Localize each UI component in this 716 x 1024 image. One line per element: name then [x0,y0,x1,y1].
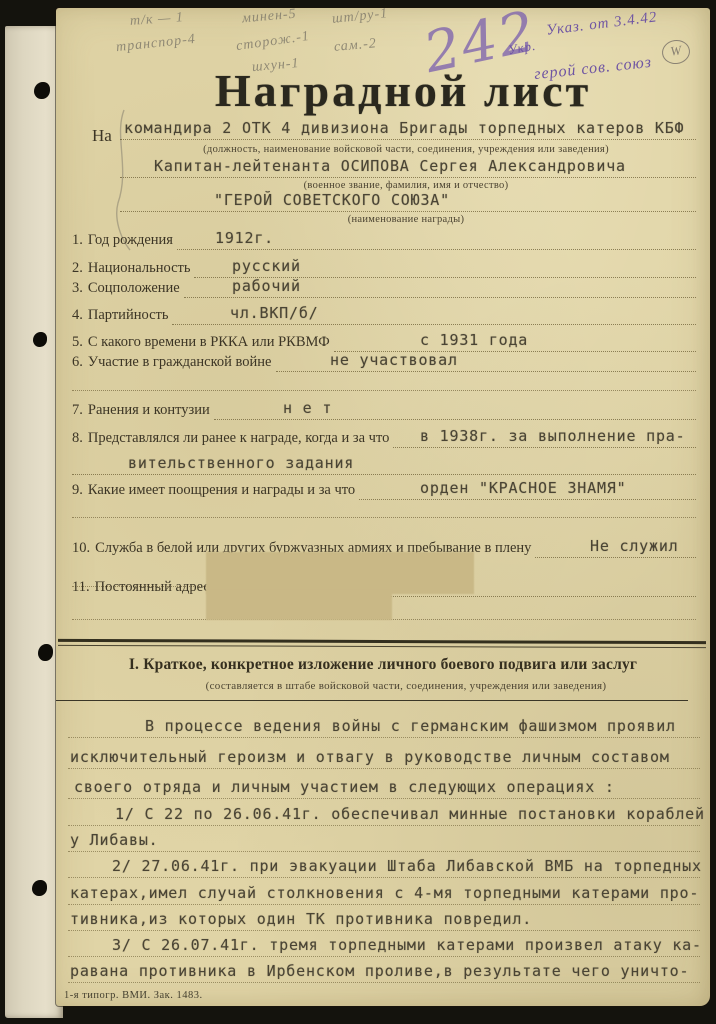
body-line: катерах,имел случай столкновения с 4-мя … [68,878,700,905]
scanned-award-sheet: т/к — 1 транспор-4 минен-5 сторож.-1 шху… [0,0,716,1024]
heading-underline-rule [56,700,688,701]
field-label: Год рождения [88,232,177,250]
body-text: В процессе ведения войны с германским фа… [145,717,676,735]
field-value: рабочий [232,277,301,295]
field-label: Участие в гражданской войне [88,354,276,372]
pencil-note: шт/ру-1 [331,6,389,28]
field-row-prior-award-cont: вительственного задания [72,449,696,475]
field-row-party-membership: 4. Партийность чл.ВКП/б/ [72,299,696,325]
body-line: своего отряда и личным участием в следую… [68,772,700,799]
body-text: своего отряда и личным участием в следую… [74,778,615,796]
field-number: 10. [72,540,95,558]
award-value: "ГЕРОЙ СОВЕТСКОГО СОЮЗА" [214,191,450,209]
field-label: Ранения и контузии [88,402,214,420]
field-number: 6. [72,354,88,372]
field-row-civil-war: 6. Участие в гражданской войне не участв… [72,346,696,372]
backing-page-edge [5,26,63,1018]
document-title: Наградной лист [146,64,660,117]
body-text: тивника,из которых один ТК противника по… [70,910,532,928]
punch-hole [34,82,50,99]
field-row-awards-held: 9. Какие имеет поощрения и награды и за … [72,474,696,500]
award-sheet-document: т/к — 1 транспор-4 минен-5 сторож.-1 шху… [56,8,710,1006]
section-divider-rule [58,639,706,648]
field-value-continued: вительственного задания [128,454,354,472]
field-row-prior-award: 8. Представлялся ли ранее к награде, ког… [72,422,696,448]
field-value: Не служил [590,537,678,555]
blank-dotted-line [72,390,696,391]
punch-hole [33,332,47,347]
body-line: тивника,из которых один ТК противника по… [68,904,700,931]
field-number: 11. [72,579,95,597]
body-line: 2/ 27.06.41г. при эвакуации Штаба Либавс… [68,851,700,878]
pencil-note: т/к — 1 [130,10,185,30]
redaction-box [206,590,392,620]
blank-dotted-line [72,517,696,518]
award-line: "ГЕРОЙ СОВЕТСКОГО СОЮЗА" [120,186,696,212]
punch-hole [32,880,47,896]
field-number: 7. [72,402,88,420]
field-value: н е т [283,399,332,417]
field-label: Постоянный адрес [95,579,214,597]
field-row-birth-year: 1. Год рождения 1912г. [72,224,696,250]
position-line: командира 2 ОТК 4 дивизиона Бригады торп… [120,114,696,140]
name-line: Капитан-лейтенанта ОСИПОВА Сергея Алекса… [120,152,696,178]
body-line: исключительный героизм и отвагу в руково… [68,742,700,769]
punch-hole [38,644,53,661]
body-line: 1/ С 22 по 26.06.41г. обеспечивал минные… [68,799,700,826]
na-label: На [92,126,112,146]
field-value: не участвовал [330,351,458,369]
field-value: в 1938г. за выполнение пра- [420,427,685,445]
field-number: 1. [72,232,88,250]
field-value: орден "КРАСНОЕ ЗНАМЯ" [420,479,626,497]
pencil-note: транспор-4 [115,32,196,56]
field-value: 1912г. [215,229,274,247]
field-number: 9. [72,482,88,500]
pencil-note: минен-5 [241,7,297,28]
position-value: командира 2 ОТК 4 дивизиона Бригады торп… [124,119,684,137]
pencil-note: сторож.-1 [235,29,311,55]
circled-mark: W [660,38,691,66]
field-label: Партийность [88,307,173,325]
printer-imprint: 1-я типогр. ВМИ. Зак. 1483. [64,990,203,1001]
section1-heading: I. Краткое, конкретное изложение личного… [86,656,680,674]
section1-subheading: (составляется в штабе войсковой части, с… [126,680,686,692]
body-line: В процессе ведения войны с германским фа… [68,711,700,738]
field-row-wounds: 7. Ранения и контузии н е т [72,394,696,420]
ink-note-decree-date: Указ. от 3.4.42 [545,9,658,39]
redaction-box [206,552,474,594]
field-number: 4. [72,307,88,325]
field-label: Представлялся ли ранее к награде, когда … [88,430,393,448]
body-text: 2/ 27.06.41г. при эвакуации Штаба Либавс… [112,857,702,875]
body-line: 3/ С 26.07.41г. тремя торпедными катерам… [68,930,700,957]
body-line: равана противника в Ирбенском проливе,в … [68,956,700,983]
body-text: у Либавы. [70,831,158,849]
field-row-social-position: 3. Соцположение рабочий [72,272,696,298]
field-label: Соцположение [88,280,184,298]
field-number: 3. [72,280,88,298]
body-text: исключительный героизм и отвагу в руково… [70,748,670,766]
body-line: у Либавы. [68,825,700,852]
pencil-note: сам.-2 [333,36,377,56]
body-text: 3/ С 26.07.41г. тремя торпедными катерам… [112,936,702,954]
field-number: 8. [72,430,88,448]
name-value: Капитан-лейтенанта ОСИПОВА Сергея Алекса… [154,157,626,175]
body-text: 1/ С 22 по 26.06.41г. обеспечивал минные… [115,805,705,823]
body-text: равана противника в Ирбенском проливе,в … [70,962,689,980]
field-value: чл.ВКП/б/ [230,304,318,322]
field-label: Какие имеет поощрения и награды и за что [88,482,359,500]
body-text: катерах,имел случай столкновения с 4-мя … [70,884,699,902]
